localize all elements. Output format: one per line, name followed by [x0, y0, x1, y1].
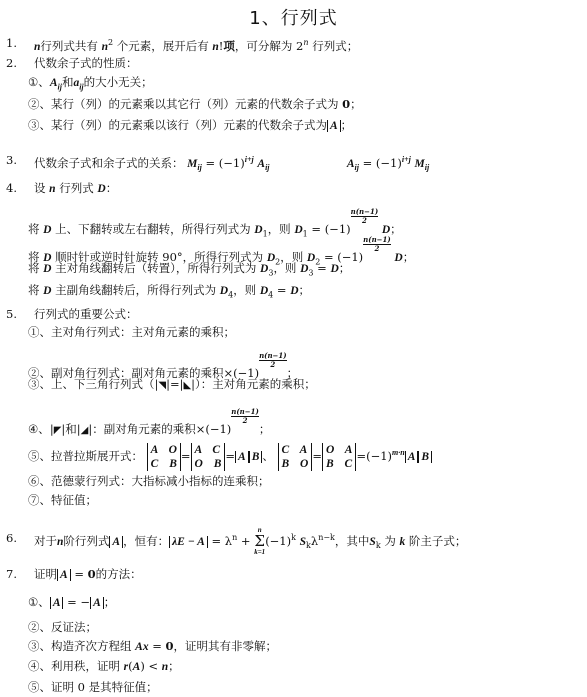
lower-right-triangle-icon: ◢ — [81, 423, 89, 439]
item-5-sub-4: ④、|◤|和|◢|：副对角元素的乘积×(−1)n(n−1)2； — [28, 408, 270, 439]
item-5-sub-6: ⑥、范德蒙行列式：大指标减小指标的连乘积； — [28, 473, 270, 489]
upper-triangle-icon: ◥ — [158, 378, 166, 394]
item-7-sub-5: ⑤、证明 0 是其特征值； — [28, 679, 158, 695]
item-7-sub-2: ②、反证法； — [28, 619, 97, 635]
item-2-sub-2: ②、某行（列）的元素乘以其它行（列）元素的代数余子式为 0； — [28, 96, 362, 112]
item-number: 1. — [6, 36, 17, 50]
item-2-sub-3: ③、某行（列）的元素乘以该行（列）元素的代数余子式为A； — [28, 117, 352, 134]
item-text: n行列式共有 n2 个元素，展开后有 n!项，可分解为 2n 行列式； — [34, 35, 358, 55]
item-5-sub-7: ⑦、特征值； — [28, 492, 97, 508]
item-3: 3. 代数余子式和余子式的关系： Mij = (−1)i+j Aij Aij =… — [6, 152, 17, 168]
item-5-sub-5: ⑤、拉普拉斯展开式： A OC B=A CO B=AB、 C AB O=O AB… — [28, 438, 432, 472]
item-4-sub-4: 将 D 主副角线翻转后，所得行列式为 D4，则 D4 = D； — [28, 282, 310, 303]
item-2-sub-1: ①、Aij和aij的大小无关； — [28, 74, 153, 95]
lower-triangle-icon: ◣ — [183, 378, 191, 394]
item-5-sub-3: ③、上、下三角行列式（|◥|=|◣|）：主对角元素的乘积； — [28, 376, 316, 394]
item-5: 5. 行列式的重要公式： — [6, 306, 17, 322]
summation-icon: nΣk=1 — [254, 526, 265, 557]
item-4: 4. 设 n 行列式 D： — [6, 180, 17, 196]
item-7: 7. 证明A = 0的方法： — [6, 566, 17, 582]
page-title: 1、行列式 — [0, 4, 587, 30]
item-4-sub-3: 将 D 主对角线翻转后（转置），所得行列式为 D3，则 D3 = D； — [28, 260, 350, 281]
item-1: 1. n行列式共有 n2 个元素，展开后有 n!项，可分解为 2n 行列式； — [6, 35, 17, 51]
upper-left-triangle-icon: ◤ — [54, 423, 62, 439]
item-6: 6. 对于n阶行列式A，恒有：λE − A = λn + nΣk=1(−1)k … — [6, 523, 17, 553]
item-2: 2. 代数余子式的性质： — [6, 55, 17, 71]
item-7-sub-1: ①、A = −A； — [28, 594, 115, 611]
item-7-sub-3: ③、构造齐次方程组 Ax = 0，证明其有非零解； — [28, 638, 277, 655]
item-7-sub-4: ④、利用秩，证明 r(A) < n； — [28, 658, 180, 675]
item-5-sub-1: ①、主对角行列式：主对角元素的乘积； — [28, 324, 235, 340]
